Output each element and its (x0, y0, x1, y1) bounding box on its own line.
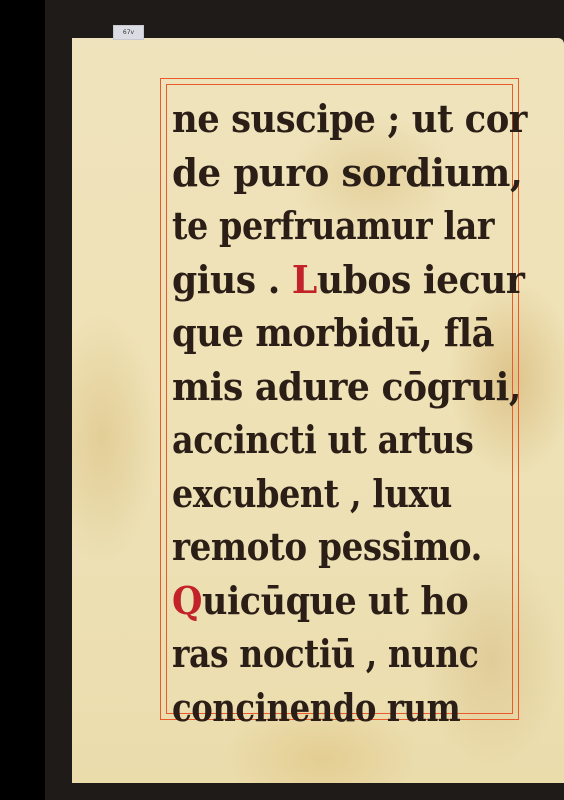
text-line: remoto pessimo. (172, 520, 483, 574)
rubricated-initial-q: Q (172, 578, 202, 623)
text-line: accincti ut artus (172, 413, 476, 467)
text-line: Quicūque ut ho (172, 574, 489, 628)
line-text: ras noctiū , nunc (172, 631, 478, 676)
rubricated-initial-l: L (292, 257, 317, 302)
folio-label: 67v (113, 25, 144, 40)
text-line: mis adure cōgrui, (172, 360, 500, 414)
line-text: que morbidū, flā (172, 310, 494, 355)
text-line: ras noctiū , nunc (172, 627, 472, 681)
line-text: ne suscipe ; ut cor (172, 96, 527, 141)
line-text: de puro sordium, (172, 150, 522, 195)
text-line: concinendo rum (172, 681, 465, 735)
text-line: excubent , luxu (172, 467, 476, 521)
line-text: concinendo rum (172, 685, 460, 730)
text-line: que morbidū, flā (172, 306, 493, 360)
line-text: gius . (172, 257, 292, 302)
line-text: ubos iecur (317, 257, 525, 302)
line-text: uicūque ut ho (202, 578, 468, 623)
text-line: gius . Lubos iecur (172, 253, 500, 307)
text-line: ne suscipe ; ut cor (172, 92, 493, 146)
line-text: excubent , luxu (172, 471, 452, 516)
line-text: te perfruamur lar (172, 203, 494, 248)
line-text: mis adure cōgrui, (172, 364, 521, 409)
text-line: de puro sordium, (172, 146, 510, 200)
line-text: accincti ut artus (172, 417, 473, 462)
text-line: te perfruamur lar (172, 199, 476, 253)
manuscript-text: ne suscipe ; ut cor de puro sordium, te … (172, 92, 517, 734)
line-text: remoto pessimo. (172, 524, 482, 569)
left-black-strip (0, 0, 45, 800)
